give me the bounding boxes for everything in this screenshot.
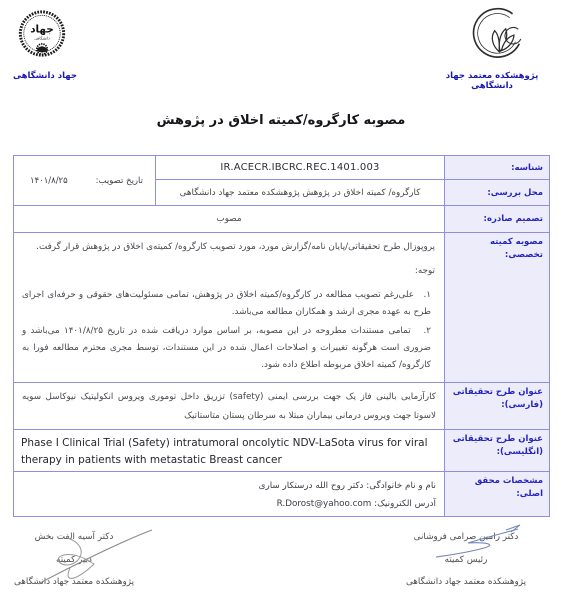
approval-date-cell: تاریخ تصویب: ۱۴۰۱/۸/۲۵ bbox=[14, 156, 156, 206]
resolution-note-heading: توجه: bbox=[22, 263, 435, 280]
researcher-name-line: نام و نام خانوادگی: دکتر روح الله درستکا… bbox=[22, 477, 436, 495]
chair-role: رئیس کمیته bbox=[394, 555, 538, 565]
decision-label: تصمیم صادره: bbox=[445, 206, 550, 233]
jahad-daneshgahi-logo-icon: جهاد دانشگاهی bbox=[16, 8, 68, 66]
researcher-label-line1: مشخصات محقق bbox=[448, 475, 543, 488]
approval-date-label: تاریخ تصویب: bbox=[96, 176, 143, 186]
table-row-decision: تصمیم صادره: مصوب bbox=[14, 206, 550, 233]
table-row-en-title: عنوان طرح تحقیقاتی (انگلیسی): Phase I Cl… bbox=[14, 430, 550, 472]
logo-word-top: جهاد bbox=[30, 24, 54, 36]
researcher-label: مشخصات محقق اصلی: bbox=[445, 472, 550, 517]
secretary-signature-block: دکتر آسیه الفت بخش دبیر کمیته پژوهشکده م… bbox=[4, 532, 144, 600]
en-title-value: Phase I Clinical Trial (Safety) intratum… bbox=[14, 430, 445, 472]
secretary-name: دکتر آسیه الفت بخش bbox=[4, 532, 144, 542]
table-row-id: شناسه: IR.ACECR.IBCRC.REC.1401.003 تاریخ… bbox=[14, 156, 550, 180]
en-title-label-line2: (انگلیسی): bbox=[448, 446, 543, 459]
en-title-label: عنوان طرح تحقیقاتی (انگلیسی): bbox=[445, 430, 550, 472]
approval-table: شناسه: IR.ACECR.IBCRC.REC.1401.003 تاریخ… bbox=[13, 155, 550, 517]
en-title-label-line1: عنوان طرح تحقیقاتی bbox=[448, 433, 543, 446]
ethics-approval-document: جهاد دانشگاهی جهاد دانشگاهی پژوهشکده معت… bbox=[0, 0, 562, 608]
fa-title-label-line2: (فارسی): bbox=[448, 399, 543, 412]
chair-name: دکتر رامین صرامی فروشانی bbox=[394, 532, 538, 542]
left-logo-caption: جهاد دانشگاهی bbox=[4, 71, 86, 81]
resolution-note-item-2: ۲. تمامی مستندات مطروحه در این مصوبه، بر… bbox=[22, 323, 435, 374]
fa-title-label: عنوان طرح تحقیقاتی (فارسی): bbox=[445, 383, 550, 430]
table-row-resolution: مصوبه کمیته تخصصی: پروپوزال طرح تحقیقاتی… bbox=[14, 233, 550, 383]
review-place-value: کارگروه/ کمیته اخلاق در پژوهش پژوهشکده م… bbox=[156, 180, 445, 206]
fa-title-value: کارآزمایی بالینی فاز یک جهت بررسی ایمنی … bbox=[14, 383, 445, 430]
institute-logo-icon bbox=[470, 7, 528, 67]
resolution-label: مصوبه کمیته تخصصی: bbox=[445, 233, 550, 383]
id-value: IR.ACECR.IBCRC.REC.1401.003 bbox=[156, 156, 445, 180]
resolution-label-line1: مصوبه کمیته bbox=[448, 236, 543, 249]
id-label: شناسه: bbox=[445, 156, 550, 180]
resolution-note-item-1: ۱. علی‌رغم تصویب مطالعه در کارگروه/کمیته… bbox=[22, 287, 435, 321]
table-row-researcher: مشخصات محقق اصلی: نام و نام خانوادگی: دک… bbox=[14, 472, 550, 517]
chair-org: پژوهشکده معتمد جهاد دانشگاهی bbox=[394, 577, 538, 587]
chair-signature-block: دکتر رامین صرامی فروشانی رئیس کمیته پژوه… bbox=[394, 532, 538, 600]
resolution-intro: پروپوزال طرح تحقیقاتی/پایان نامه/گزارش م… bbox=[22, 239, 435, 256]
fa-title-label-line1: عنوان طرح تحقیقاتی bbox=[448, 386, 543, 399]
secretary-role: دبیر کمیته bbox=[4, 555, 144, 565]
decision-value: مصوب bbox=[14, 206, 445, 233]
approval-date-value: ۱۴۰۱/۸/۲۵ bbox=[30, 176, 68, 186]
resolution-cell: پروپوزال طرح تحقیقاتی/پایان نامه/گزارش م… bbox=[14, 233, 445, 383]
resolution-label-line2: تخصصی: bbox=[448, 249, 543, 262]
secretary-org: پژوهشکده معتمد جهاد دانشگاهی bbox=[4, 577, 144, 587]
table-row-fa-title: عنوان طرح تحقیقاتی (فارسی): کارآزمایی با… bbox=[14, 383, 550, 430]
page-title: مصوبه کارگروه/کمیته اخلاق در پژوهش bbox=[0, 113, 562, 128]
logo-word-bottom: دانشگاهی bbox=[34, 36, 50, 41]
researcher-cell: نام و نام خانوادگی: دکتر روح الله درستکا… bbox=[14, 472, 445, 517]
researcher-email-line: آدرس الکترونیک: R.Dorost@yahoo.com bbox=[22, 495, 436, 513]
review-place-label: محل بررسی: bbox=[445, 180, 550, 206]
right-logo-caption: پژوهشکده معتمد جهاد دانشگاهی bbox=[428, 71, 556, 91]
researcher-label-line2: اصلی: bbox=[448, 488, 543, 501]
